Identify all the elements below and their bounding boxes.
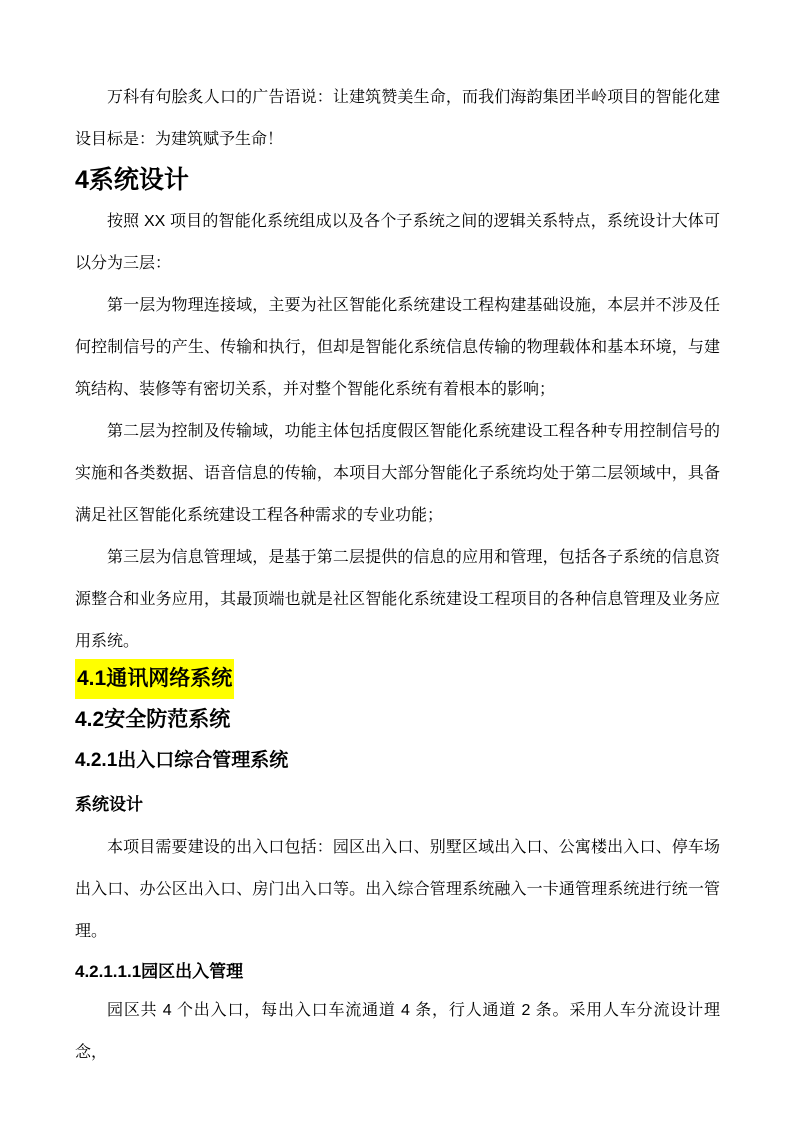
heading-4-1-communication-network: 4.1通讯网络系统 [75, 659, 720, 699]
heading-system-design-sub: 系统设计 [75, 793, 720, 817]
paragraph-intro-slogan: 万科有句脍炙人口的广告语说：让建筑赞美生命，而我们海韵集团半岭项目的智能化建设目… [75, 77, 720, 161]
yellow-highlight: 4.1通讯网络系统 [75, 659, 234, 699]
heading-4-2-1-1-1-park-entrance-management: 4.2.1.1.1园区出入管理 [75, 960, 720, 984]
document-page: 万科有句脍炙人口的广告语说：让建筑赞美生命，而我们海韵集团半岭项目的智能化建设目… [0, 0, 793, 1122]
heading-4-system-design: 4系统设计 [75, 165, 720, 195]
paragraph-layer3-information-management: 第三层为信息管理域，是基于第二层提供的信息的应用和管理，包括各子系统的信息资源整… [75, 537, 720, 663]
paragraph-entrance-types: 本项目需要建设的出入口包括：园区出入口、别墅区域出入口、公寓楼出入口、停车场出入… [75, 827, 720, 953]
heading-4-2-1-entrance-management-system: 4.2.1出入口综合管理系统 [75, 747, 720, 774]
paragraph-layer1-physical-connection: 第一层为物理连接域，主要为社区智能化系统建设工程构建基础设施，本层并不涉及任何控… [75, 285, 720, 411]
paragraph-park-entrance-details: 园区共 4 个出入口，每出入口车流通道 4 条，行人通道 2 条。采用人车分流设… [75, 990, 720, 1074]
heading-4-2-security-system: 4.2安全防范系统 [75, 705, 720, 734]
paragraph-three-layers-intro: 按照 XX 项目的智能化系统组成以及各个子系统之间的逻辑关系特点，系统设计大体可… [75, 201, 720, 285]
paragraph-layer2-control-transmission: 第二层为控制及传输域，功能主体包括度假区智能化系统建设工程各种专用控制信号的实施… [75, 411, 720, 537]
